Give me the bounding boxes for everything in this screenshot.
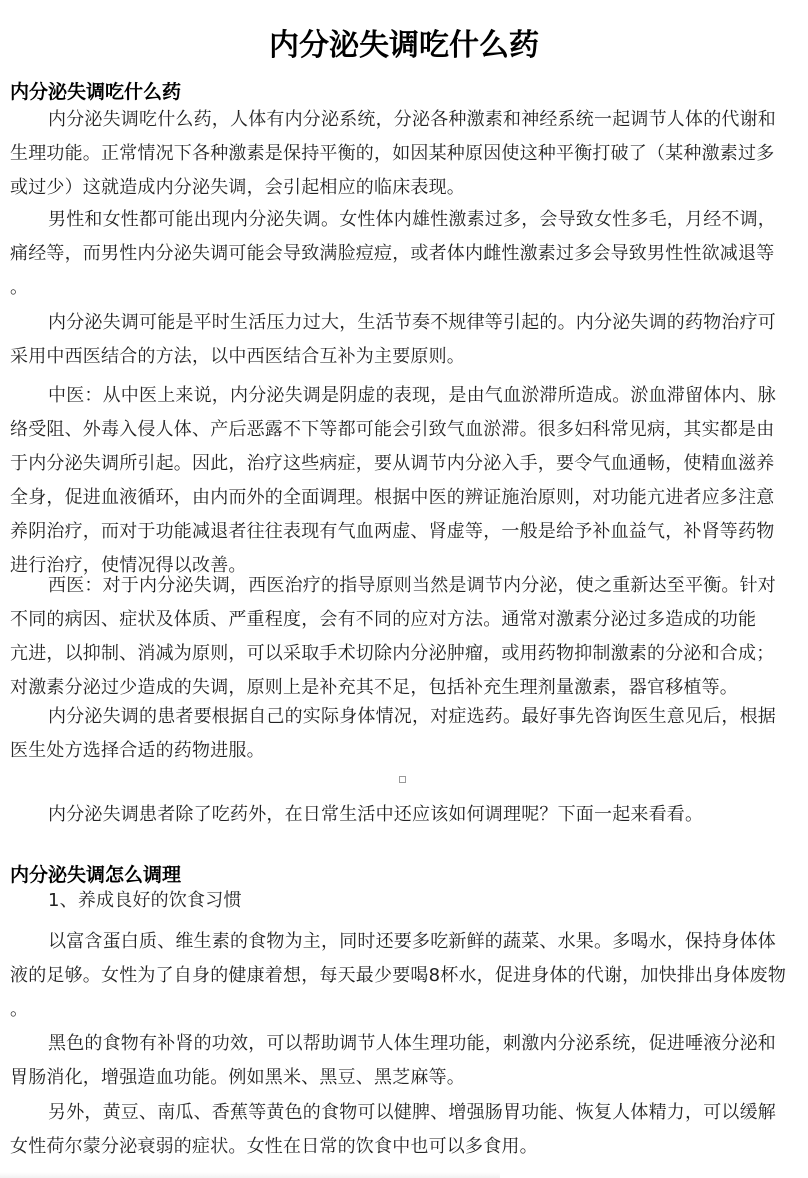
text-line: 1、养成良好的饮食习惯 bbox=[10, 884, 800, 918]
text-line: 痛经等，而男性内分泌失调可能会导致满脸痘痘，或者体内雌性激素过多会导致男性性欲减… bbox=[10, 237, 800, 271]
paragraph-yellow-foods: 另外，黄豆、南瓜、香蕉等黄色的食物可以健脾、增强肠胃功能、恢复人体精力，可以缓解… bbox=[10, 1096, 800, 1164]
text-line: 络受阻、外毒入侵人体、产后恶露不下等都可能会引致气血淤滞。很多妇科常见病，其实都… bbox=[10, 413, 800, 447]
text-line: 养阴治疗，而对于功能减退者往往表现有气血两虚、肾虚等，一般是给予补血益气，补肾等… bbox=[10, 515, 800, 549]
text-line: 。 bbox=[10, 993, 800, 1027]
text-line: 胃肠消化，增强造血功能。例如黑米、黑豆、黑芝麻等。 bbox=[10, 1061, 800, 1095]
text-line: 内分泌失调的患者要根据自己的实际身体情况，对症选药。最好事先咨询医生意见后，根据 bbox=[10, 700, 800, 734]
text-line: 液的足够。女性为了自身的健康着想，每天最少要喝8杯水，促进身体的代谢，加快排出身… bbox=[10, 959, 800, 993]
text-line: 黑色的食物有补肾的功效，可以帮助调节人体生理功能，刺激内分泌系统，促进唾液分泌和 bbox=[10, 1027, 800, 1061]
text-line: 或过少）这就造成内分泌失调，会引起相应的临床表现。 bbox=[10, 171, 800, 205]
paragraph-western-medicine: 西医：对于内分泌失调，西医治疗的指导原则当然是调节内分泌，使之重新达至平衡。针对… bbox=[10, 569, 800, 705]
text-line: 内分泌失调患者除了吃药外，在日常生活中还应该如何调理呢？下面一起来看看。 bbox=[10, 798, 800, 832]
paragraph-black-foods: 黑色的食物有补肾的功效，可以帮助调节人体生理功能，刺激内分泌系统，促进唾液分泌和… bbox=[10, 1027, 800, 1095]
paragraph-transition: 内分泌失调患者除了吃药外，在日常生活中还应该如何调理呢？下面一起来看看。 bbox=[10, 798, 800, 832]
broken-image-icon bbox=[399, 776, 406, 783]
paragraph-consult-doctor: 内分泌失调的患者要根据自己的实际身体情况，对症选药。最好事先咨询医生意见后，根据… bbox=[10, 700, 800, 768]
text-line: 以富含蛋白质、维生素的食物为主，同时还要多吃新鲜的蔬菜、水果。多喝水，保持身体体 bbox=[10, 925, 800, 959]
document-title: 内分泌失调吃什么药 bbox=[0, 26, 808, 66]
text-line: 西医：对于内分泌失调，西医治疗的指导原则当然是调节内分泌，使之重新达至平衡。针对 bbox=[10, 569, 800, 603]
text-line: 中医：从中医上来说，内分泌失调是阴虚的表现，是由气血淤滞所造成。淤血滞留体内、脉 bbox=[10, 379, 800, 413]
paragraph-intro: 内分泌失调吃什么药，人体有内分泌系统，分泌各种激素和神经系统一起调节人体的代谢和… bbox=[10, 103, 800, 205]
text-line: 内分泌失调可能是平时生活压力过大，生活节奏不规律等引起的。内分泌失调的药物治疗可 bbox=[10, 306, 800, 340]
paragraph-gender: 男性和女性都可能出现内分泌失调。女性体内雄性激素过多，会导致女性多毛，月经不调，… bbox=[10, 203, 800, 305]
section-heading-medication: 内分泌失调吃什么药 bbox=[10, 79, 181, 105]
page-bottom-edge bbox=[0, 1172, 500, 1178]
list-item-diet-habits: 1、养成良好的饮食习惯 bbox=[10, 884, 800, 918]
text-line: 生理功能。正常情况下各种激素是保持平衡的，如因某种原因使这种平衡打破了（某种激素… bbox=[10, 137, 800, 171]
text-line: 全身，促进血液循环，由内而外的全面调理。根据中医的辨证施治原则，对功能亢进者应多… bbox=[10, 481, 800, 515]
text-line: 。 bbox=[10, 271, 800, 305]
text-line: 于内分泌失调所引起。因此，治疗这些病症，要从调节内分泌入手，要令气血通畅，使精血… bbox=[10, 447, 800, 481]
text-line: 女性荷尔蒙分泌衰弱的症状。女性在日常的饮食中也可以多食用。 bbox=[10, 1130, 800, 1164]
paragraph-tcm: 中医：从中医上来说，内分泌失调是阴虚的表现，是由气血淤滞所造成。淤血滞留体内、脉… bbox=[10, 379, 800, 583]
text-line: 采用中西医结合的方法，以中西医结合互补为主要原则。 bbox=[10, 340, 800, 374]
text-line: 内分泌失调吃什么药，人体有内分泌系统，分泌各种激素和神经系统一起调节人体的代谢和 bbox=[10, 103, 800, 137]
text-line: 医生处方选择合适的药物进服。 bbox=[10, 734, 800, 768]
paragraph-nutrition: 以富含蛋白质、维生素的食物为主，同时还要多吃新鲜的蔬菜、水果。多喝水，保持身体体… bbox=[10, 925, 800, 1027]
text-line: 男性和女性都可能出现内分泌失调。女性体内雄性激素过多，会导致女性多毛，月经不调， bbox=[10, 203, 800, 237]
text-line: 另外，黄豆、南瓜、香蕉等黄色的食物可以健脾、增强肠胃功能、恢复人体精力，可以缓解 bbox=[10, 1096, 800, 1130]
text-line: 不同的病因、症状及体质、严重程度，会有不同的应对方法。通常对激素分泌过多造成的功… bbox=[10, 603, 800, 637]
text-line: 亢进，以抑制、消减为原则，可以采取手术切除内分泌肿瘤，或用药物抑制激素的分泌和合… bbox=[10, 637, 800, 671]
paragraph-causes: 内分泌失调可能是平时生活压力过大，生活节奏不规律等引起的。内分泌失调的药物治疗可… bbox=[10, 306, 800, 374]
